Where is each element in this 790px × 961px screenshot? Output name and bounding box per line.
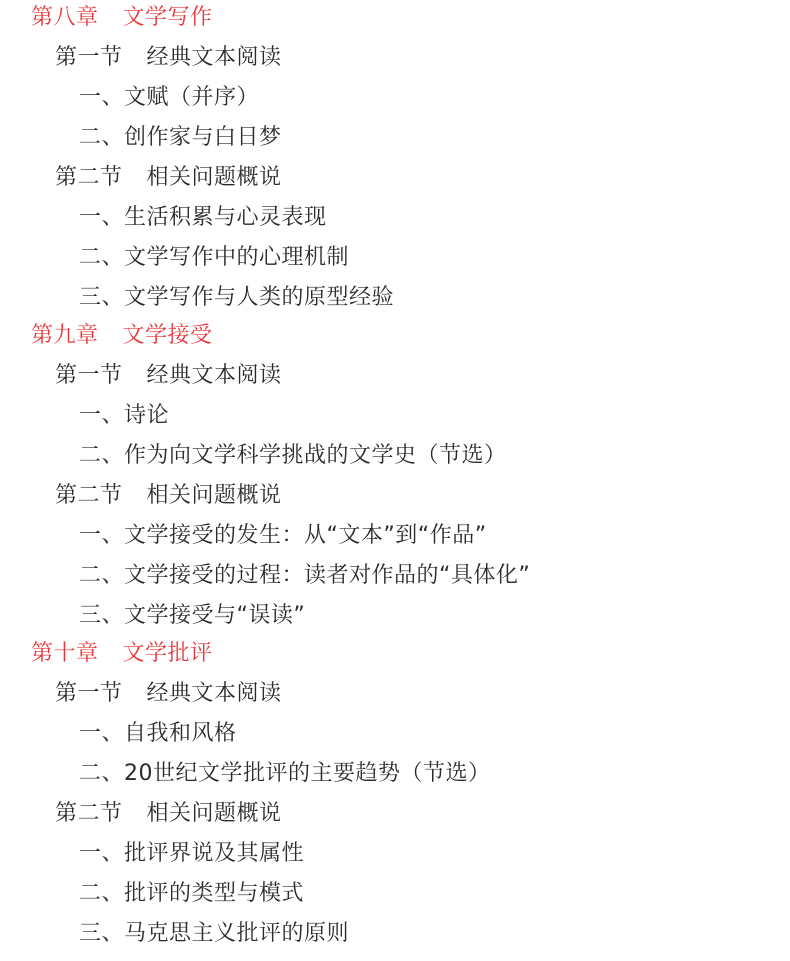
section-title: 相关问题概说 [147,801,282,826]
chapter-title: 文学写作 [123,5,213,30]
toc-item[interactable]: 一、自我和风格 [0,714,790,754]
section-heading[interactable]: 第一节经典文本阅读 [0,38,790,78]
section-heading[interactable]: 第二节相关问题概说 [0,158,790,198]
toc-item[interactable]: 一、文学接受的发生：从“文本”到“作品” [0,516,790,556]
section-title: 相关问题概说 [147,165,282,190]
toc-item[interactable]: 三、马克思主义批评的原则 [0,914,790,954]
section-title: 经典文本阅读 [147,681,282,706]
section-number: 第一节 [55,681,123,706]
chapter-heading[interactable]: 第九章文学接受 [0,316,790,356]
toc-item[interactable]: 一、文赋（并序） [0,78,790,118]
chapter-number: 第九章 [31,323,99,348]
section-heading[interactable]: 第一节经典文本阅读 [0,356,790,396]
chapter-title: 文学批评 [123,641,213,666]
section-heading[interactable]: 第二节相关问题概说 [0,794,790,834]
toc-item[interactable]: 二、作为向文学科学挑战的文学史（节选） [0,436,790,476]
section-number: 第二节 [55,165,123,190]
section-heading[interactable]: 第二节相关问题概说 [0,476,790,516]
chapter-number: 第八章 [31,5,99,30]
toc-item[interactable]: 二、批评的类型与模式 [0,874,790,914]
chapter-number: 第十章 [31,641,99,666]
toc-item[interactable]: 二、创作家与白日梦 [0,118,790,158]
toc-item[interactable]: 一、生活积累与心灵表现 [0,198,790,238]
section-number: 第一节 [55,45,123,70]
chapter-heading[interactable]: 第八章文学写作 [0,0,790,38]
toc-item[interactable]: 一、批评界说及其属性 [0,834,790,874]
toc-item[interactable]: 一、诗论 [0,396,790,436]
toc-item[interactable]: 二、文学写作中的心理机制 [0,238,790,278]
section-title: 经典文本阅读 [147,363,282,388]
toc-item[interactable]: 三、文学写作与人类的原型经验 [0,278,790,318]
section-title: 经典文本阅读 [147,45,282,70]
chapter-heading[interactable]: 第十章文学批评 [0,634,790,674]
toc-item[interactable]: 三、文学接受与“误读” [0,596,790,636]
toc-item[interactable]: 二、20世纪文学批评的主要趋势（节选） [0,754,790,794]
section-number: 第一节 [55,363,123,388]
section-number: 第二节 [55,801,123,826]
section-heading[interactable]: 第一节经典文本阅读 [0,674,790,714]
toc-item[interactable]: 二、文学接受的过程：读者对作品的“具体化” [0,556,790,596]
table-of-contents: 第八章文学写作 第一节经典文本阅读 一、文赋（并序） 二、创作家与白日梦 第二节… [0,0,790,954]
section-number: 第二节 [55,483,123,508]
section-title: 相关问题概说 [147,483,282,508]
chapter-title: 文学接受 [123,323,213,348]
